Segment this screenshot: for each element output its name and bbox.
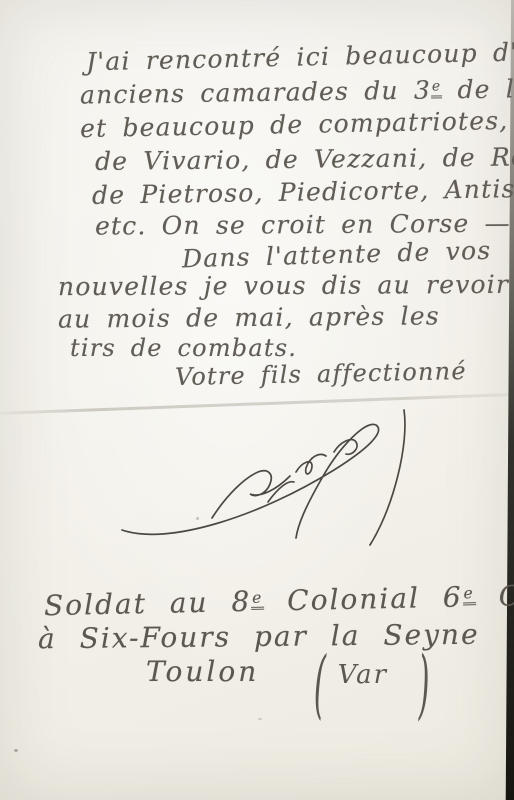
letter-body-line-8: nouvelles je vous dis au revoir [58, 270, 509, 301]
letter-body-line-4: de Vivario, de Vezzani, de Rospigliani, [95, 141, 514, 176]
close-paren: ) [417, 641, 431, 730]
letter-scan-page: J'ai rencontré ici beaucoup d' — anciens… [0, 0, 514, 800]
address-text: Colonial 6 [264, 580, 463, 617]
letter-closing: Votre fils affectionné [175, 357, 467, 391]
letter-body-line-9: au mois de mai, après les [58, 301, 440, 333]
address-line-1: Soldat au 8e Colonial 6e Cie [44, 579, 514, 622]
address-text: Soldat au 8 [44, 585, 252, 622]
paper-speck [14, 749, 18, 752]
letter-body-line-7: Dans l'attente de vos [182, 236, 492, 274]
signature [108, 404, 453, 549]
paper-speck [258, 718, 262, 720]
letter-body-line-3: et beaucoup de compatriotes, [80, 106, 509, 143]
letter-body-line-2: anciens camarades du 3e de ligne [80, 74, 514, 110]
address-department: ( Var ) [314, 642, 430, 728]
ordinal-superscript: e [431, 81, 443, 99]
letter-body-line-5: de Pietroso, Piedicorte, Antisanti, [92, 173, 514, 210]
letter-body-line-6: etc. On se croit en Corse — ! [95, 208, 514, 240]
address-city: Toulon [146, 655, 259, 688]
letter-body-line-1: J'ai rencontré ici beaucoup d' — [86, 37, 514, 77]
ordinal-superscript: e [462, 586, 476, 606]
open-paren: ( [313, 641, 326, 729]
line2-text: de ligne [442, 74, 514, 105]
department-name: Var [338, 660, 388, 690]
line2-text: anciens camarades du 3 [80, 76, 431, 110]
letter-body-line-10: tirs de combats. [70, 334, 297, 362]
address-text: C [475, 579, 514, 613]
ordinal-superscript: e [251, 590, 265, 610]
